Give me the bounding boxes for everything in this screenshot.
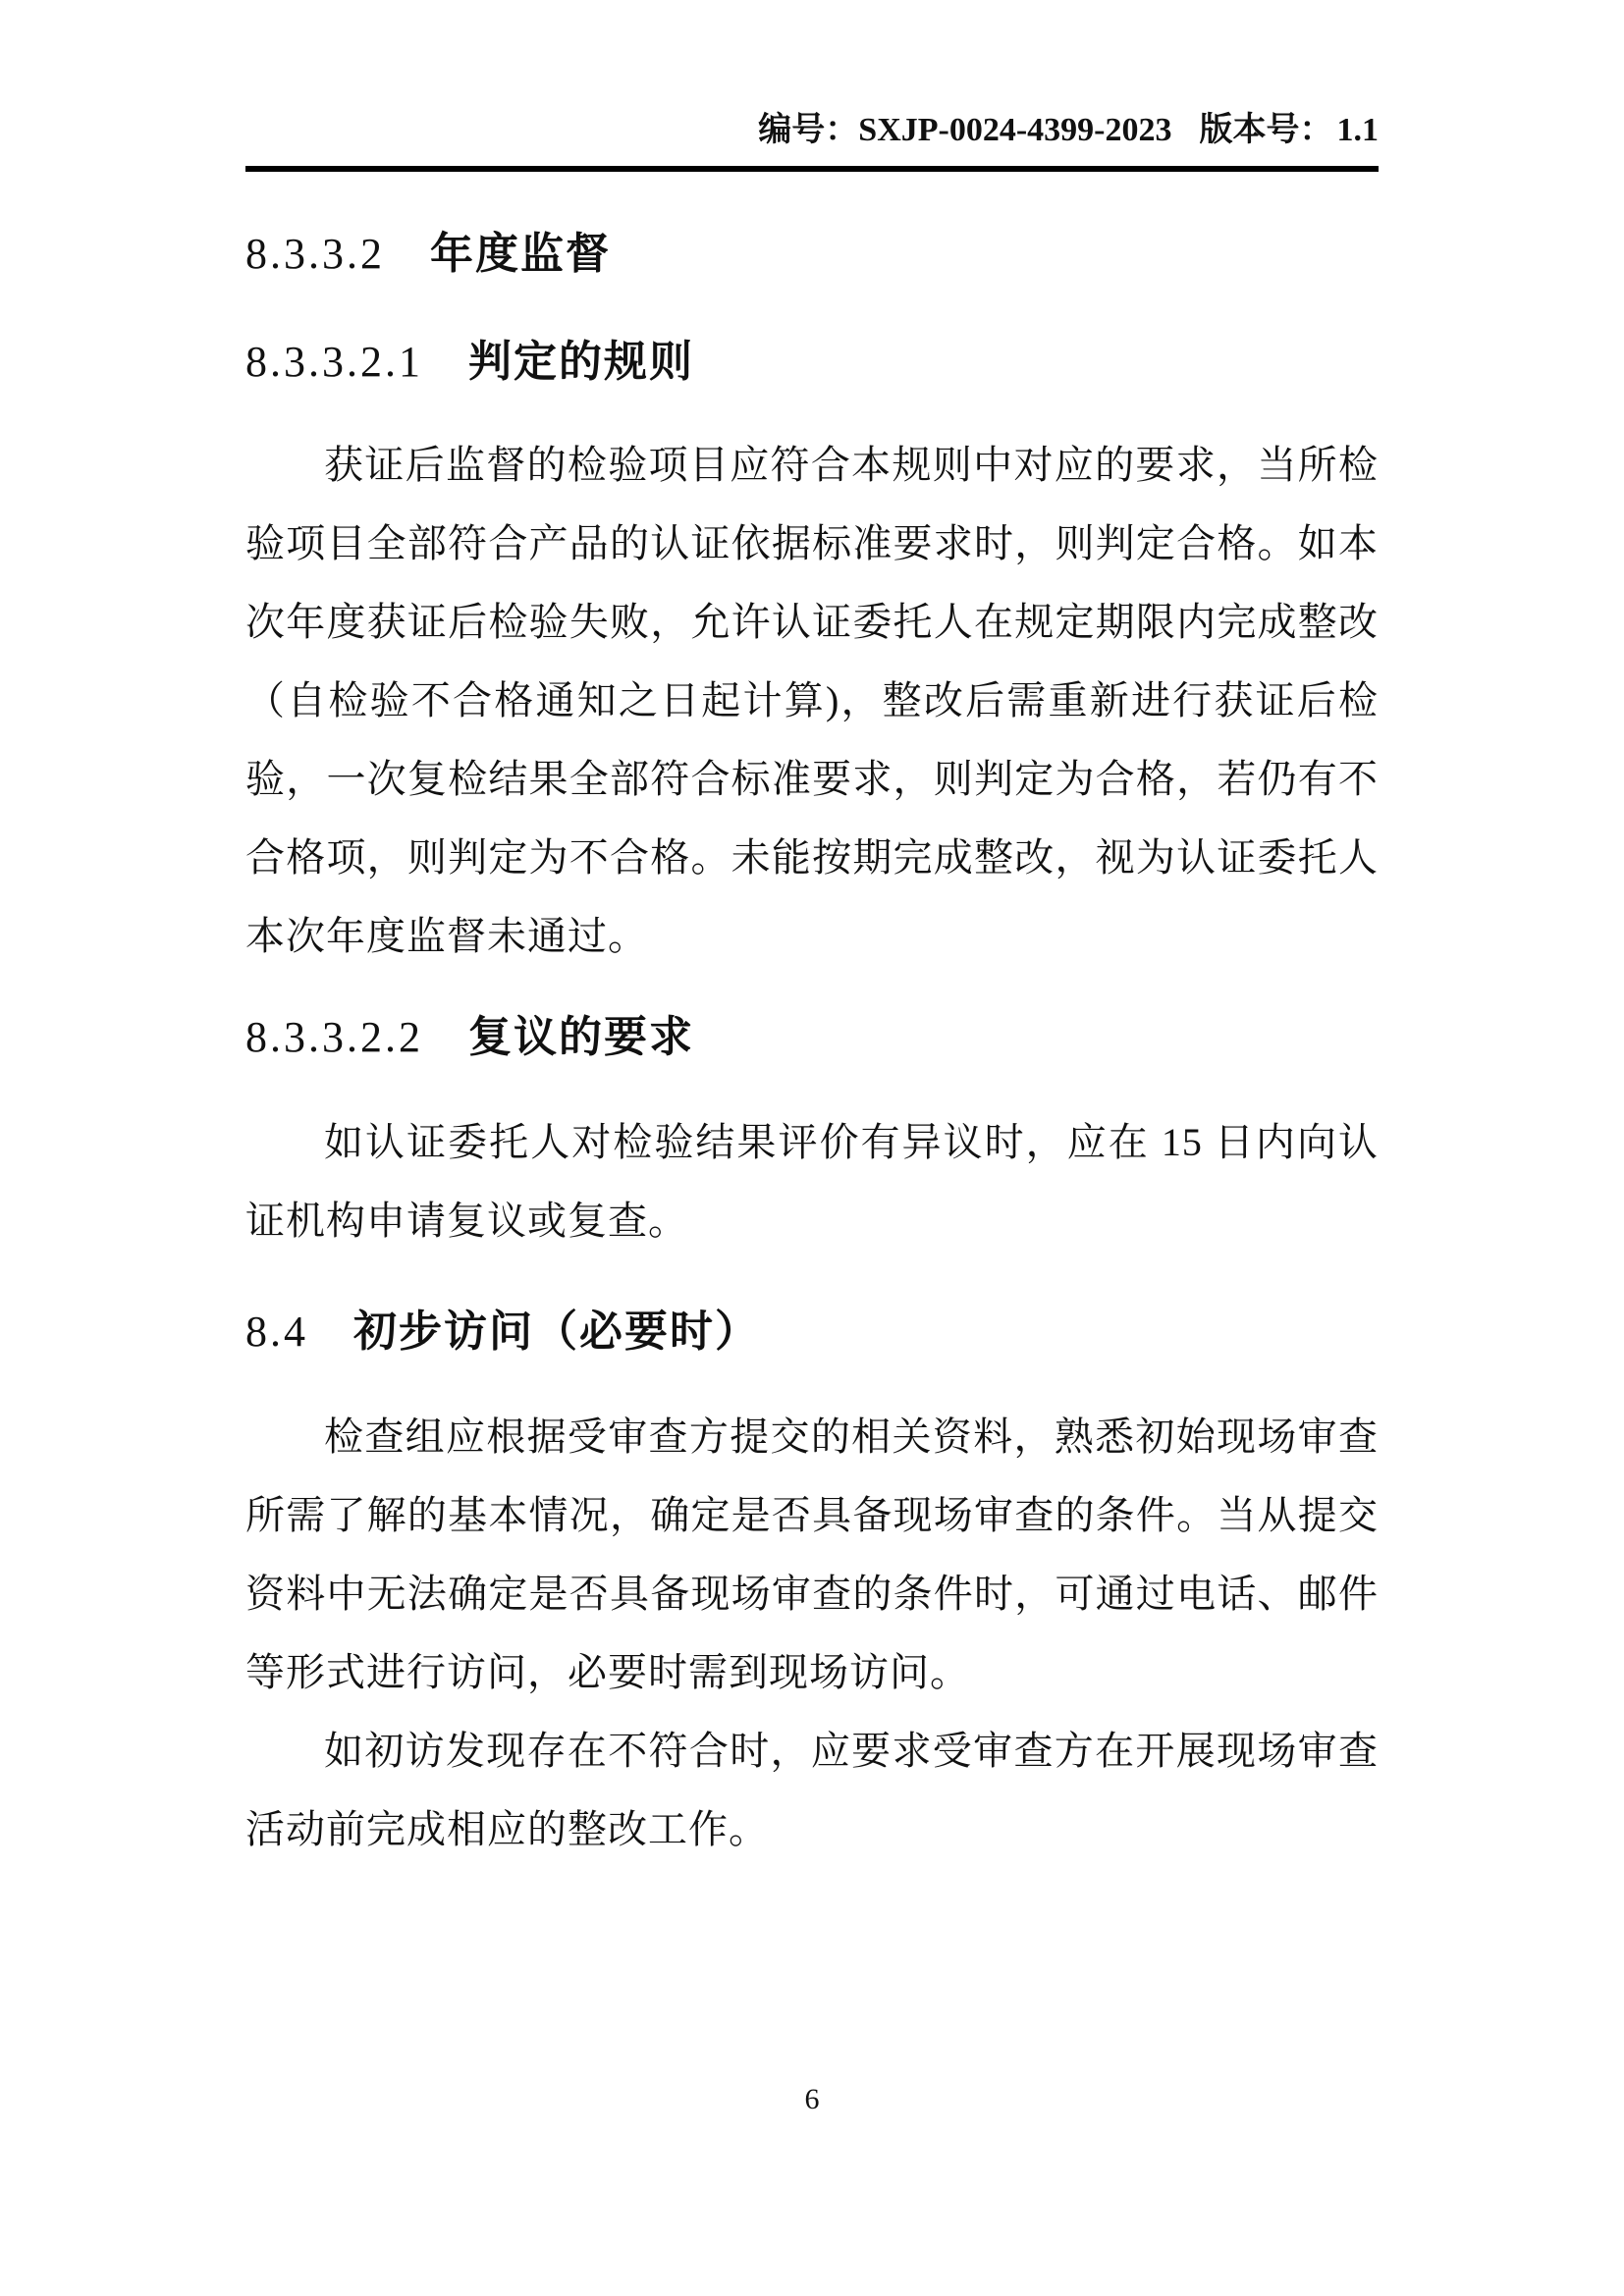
section-title: 初步访问（必要时） (353, 1308, 760, 1356)
document-header: 编号：SXJP-0024-4399-2023版本号：1.1 (245, 0, 1379, 152)
section-number: 8.3.3.2.2 (245, 1013, 423, 1061)
page-content: 编号：SXJP-0024-4399-2023版本号：1.1 8.3.3.2年度监… (245, 0, 1379, 1869)
section-number: 8.3.3.2 (245, 230, 385, 278)
section-title: 判定的规则 (468, 338, 694, 386)
doc-number-value: SXJP-0024-4399-2023 (858, 112, 1171, 148)
section-heading-review-requirements: 8.3.3.2.2复议的要求 (245, 1012, 1379, 1063)
section-title: 复议的要求 (468, 1013, 694, 1061)
paragraph-review-requirements: 如认证委托人对检验结果评价有异议时，应在 15 日内向认证机构申请复议或复查。 (245, 1103, 1379, 1260)
section-heading-preliminary-visit: 8.4初步访问（必要时） (245, 1307, 1379, 1358)
paragraph-preliminary-visit-1: 检查组应根据受审查方提交的相关资料，熟悉初始现场审查所需了解的基本情况，确定是否… (245, 1398, 1379, 1712)
doc-number-label: 编号： (758, 111, 858, 148)
paragraph-judgment-rules: 获证后监督的检验项目应符合本规则中对应的要求，当所检验项目全部符合产品的认证依据… (245, 426, 1379, 976)
section-title: 年度监督 (430, 230, 611, 278)
section-number: 8.3.3.2.1 (245, 338, 423, 386)
paragraph-preliminary-visit-2: 如初访发现存在不符合时，应要求受审查方在开展现场审查活动前完成相应的整改工作。 (245, 1712, 1379, 1869)
version-label: 版本号： (1200, 111, 1333, 148)
page-number: 6 (805, 2083, 820, 2115)
page-footer: 6 (0, 2083, 1624, 2116)
section-number: 8.4 (245, 1308, 308, 1356)
version-value: 1.1 (1337, 112, 1380, 148)
header-rule (245, 166, 1379, 172)
section-heading-annual-supervision: 8.3.3.2年度监督 (245, 229, 1379, 280)
section-heading-judgment-rules: 8.3.3.2.1判定的规则 (245, 337, 1379, 388)
document-page: 编号：SXJP-0024-4399-2023版本号：1.1 8.3.3.2年度监… (0, 0, 1624, 2296)
